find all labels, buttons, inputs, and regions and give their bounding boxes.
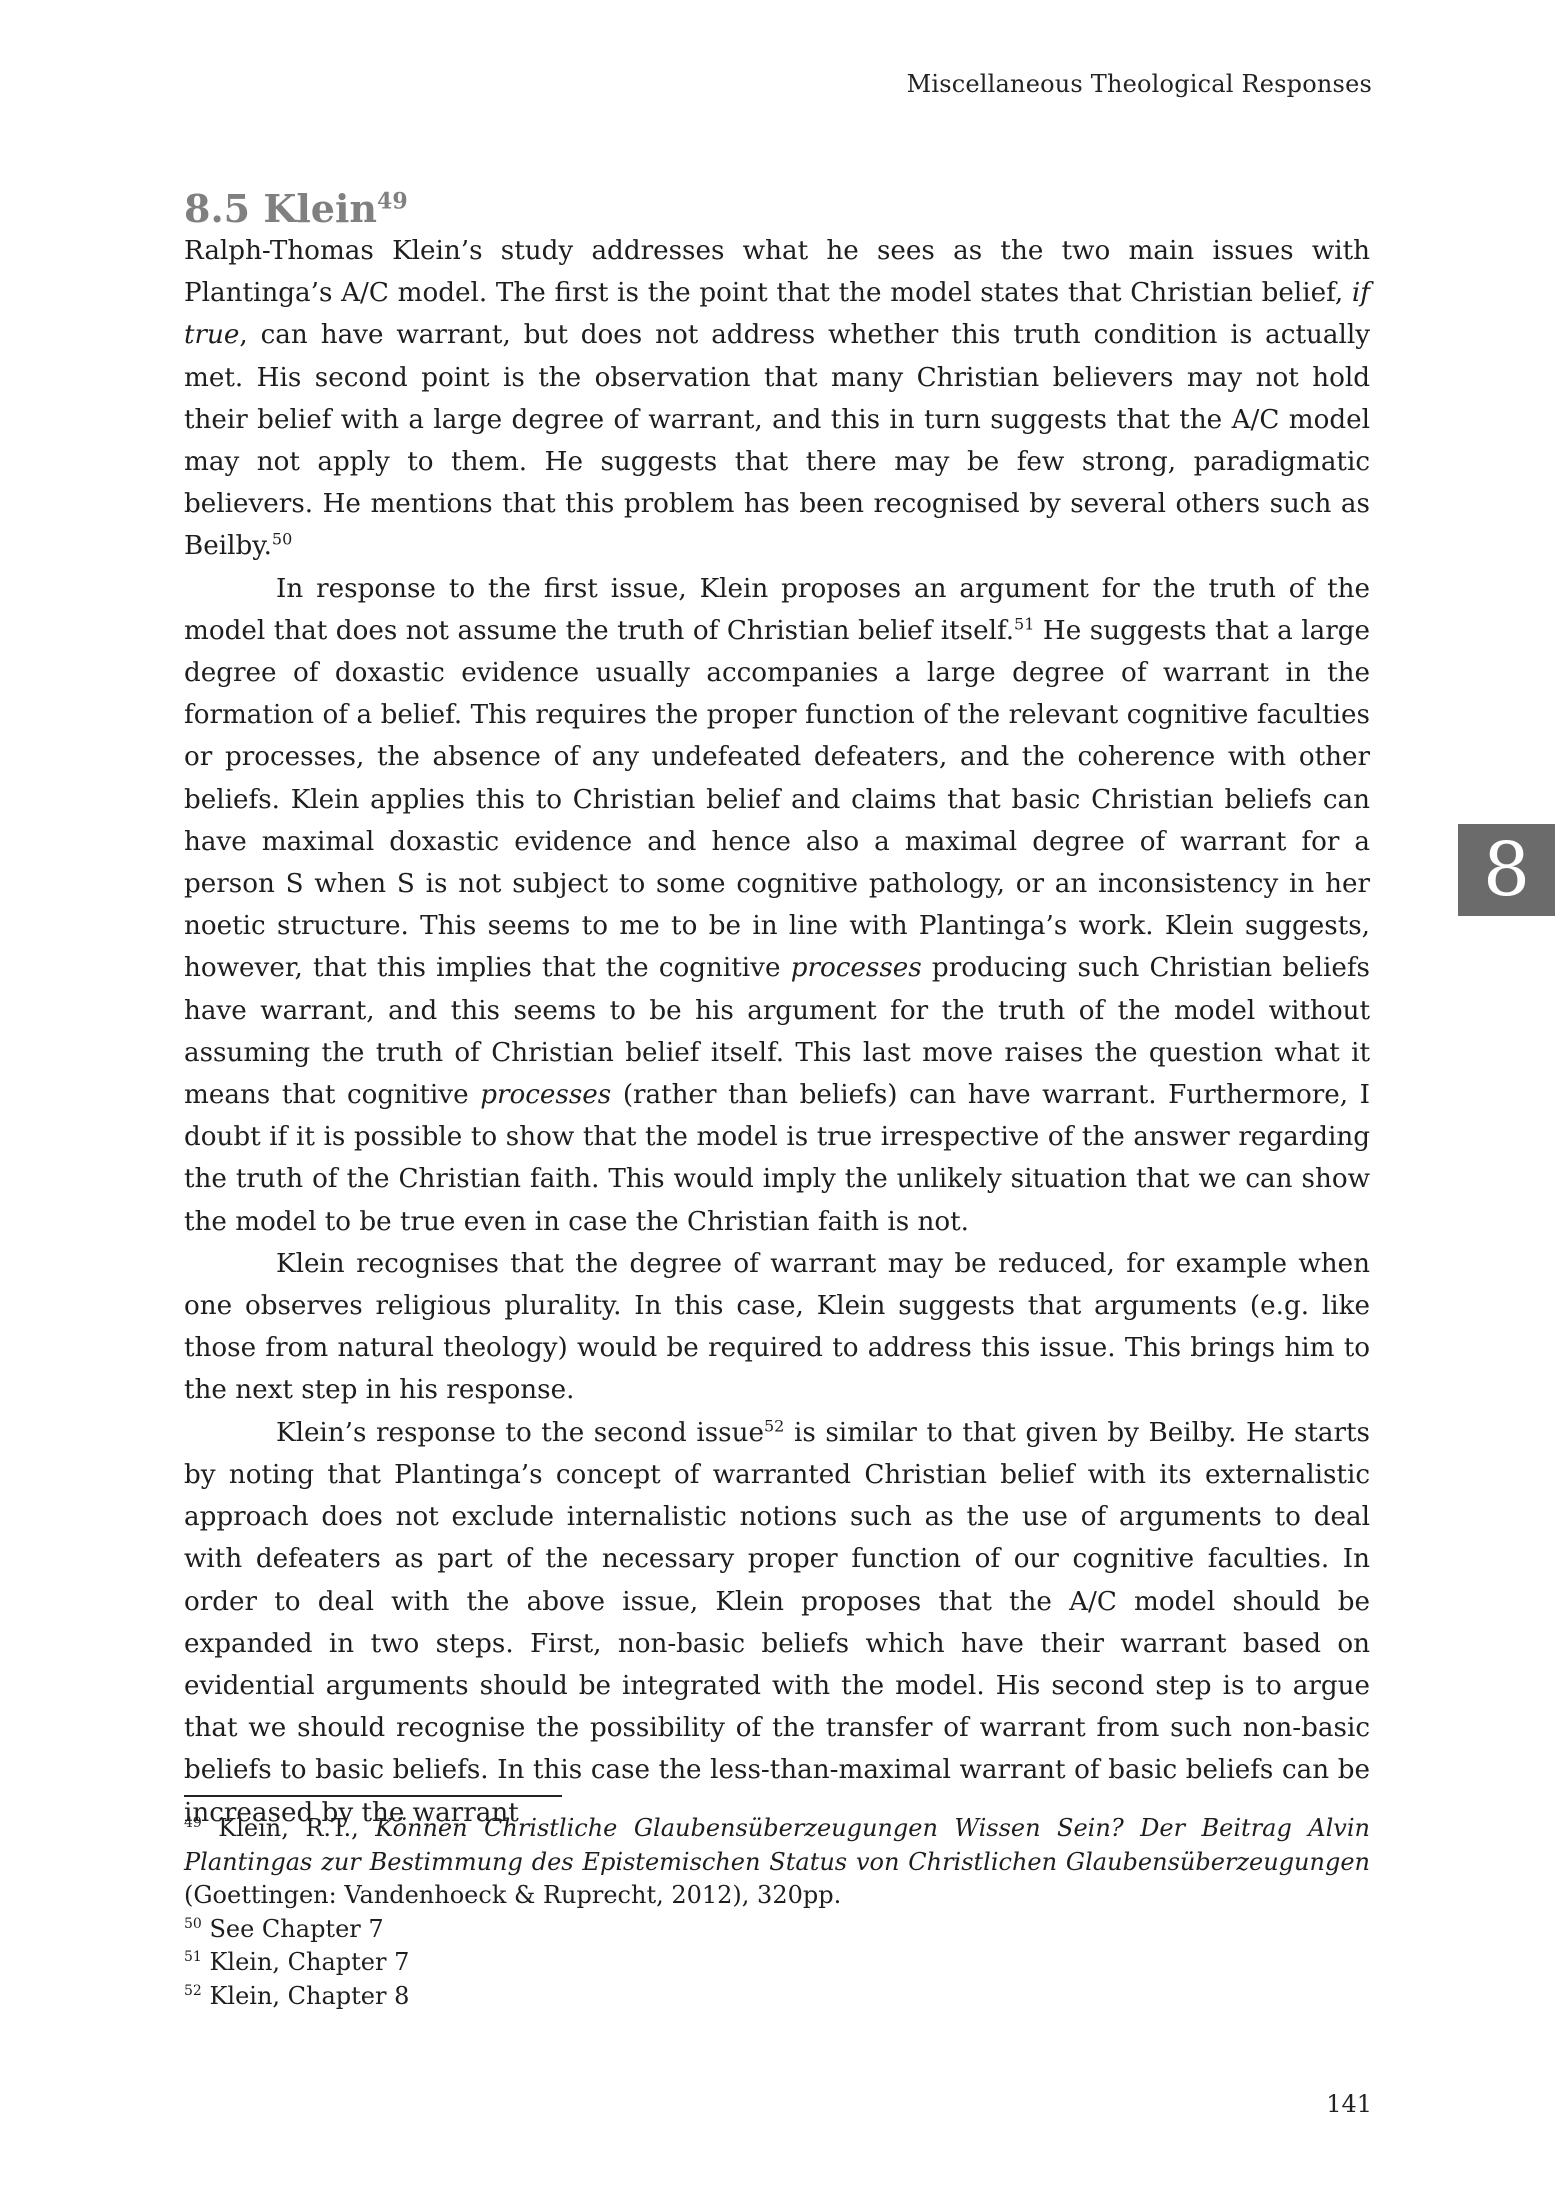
footnote-ref: 51: [1014, 614, 1034, 633]
text-run: See Chapter 7: [202, 1915, 384, 1943]
footnote-number: 52: [184, 1983, 202, 1999]
text-run: Klein, R.T.,: [202, 1814, 375, 1842]
paragraph-3: Klein recognises that the degree of warr…: [184, 1243, 1370, 1412]
running-header: Miscellaneous Theological Responses: [907, 70, 1372, 98]
paragraph-1: Ralph-Thomas Klein’s study addresses wha…: [184, 230, 1370, 568]
footnote-number: 51: [184, 1949, 202, 1965]
body-text: Ralph-Thomas Klein’s study addresses wha…: [184, 230, 1370, 1834]
footnote-49: 49 Klein, R.T., Können Christliche Glaub…: [184, 1812, 1370, 1913]
text-run: Klein recognises that the degree of warr…: [184, 1249, 1370, 1406]
footnote-ref: 50: [272, 530, 292, 549]
page-number: 141: [1326, 2090, 1372, 2118]
paragraph-4: Klein’s response to the second issue52 i…: [184, 1412, 1370, 1834]
paragraph-2: In response to the first issue, Klein pr…: [184, 568, 1370, 1243]
text-run: Klein’s response to the second issue: [276, 1418, 764, 1448]
chapter-tab: 8: [1458, 824, 1555, 916]
text-run: Ralph-Thomas Klein’s study addresses wha…: [184, 236, 1370, 308]
italic-text: processes: [791, 953, 922, 983]
text-run: is similar to that given by Beilby. He s…: [184, 1418, 1370, 1828]
footnotes: 49 Klein, R.T., Können Christliche Glaub…: [184, 1812, 1370, 2013]
footnote-ref: 52: [764, 1416, 784, 1435]
section-title: 8.5 Klein: [184, 186, 377, 231]
footnote-51: 51 Klein, Chapter 7: [184, 1946, 1370, 1980]
text-run: Klein, Chapter 7: [202, 1948, 410, 1976]
italic-text: processes: [480, 1080, 611, 1110]
text-run: (Goettingen: Vandenhoeck & Ruprecht, 201…: [184, 1881, 841, 1909]
footnote-divider: [184, 1795, 562, 1797]
section-heading: 8.5 Klein49: [184, 186, 408, 231]
text-run: , can have warrant, but does not address…: [184, 320, 1370, 561]
footnote-number: 50: [184, 1916, 202, 1932]
footnote-52: 52 Klein, Chapter 8: [184, 1980, 1370, 2014]
footnote-50: 50 See Chapter 7: [184, 1913, 1370, 1947]
text-run: Klein, Chapter 8: [202, 1982, 410, 2010]
footnote-number: 49: [184, 1815, 202, 1831]
footnote-ref: 49: [377, 188, 408, 214]
text-run: He suggests that a large degree of doxas…: [184, 616, 1370, 984]
